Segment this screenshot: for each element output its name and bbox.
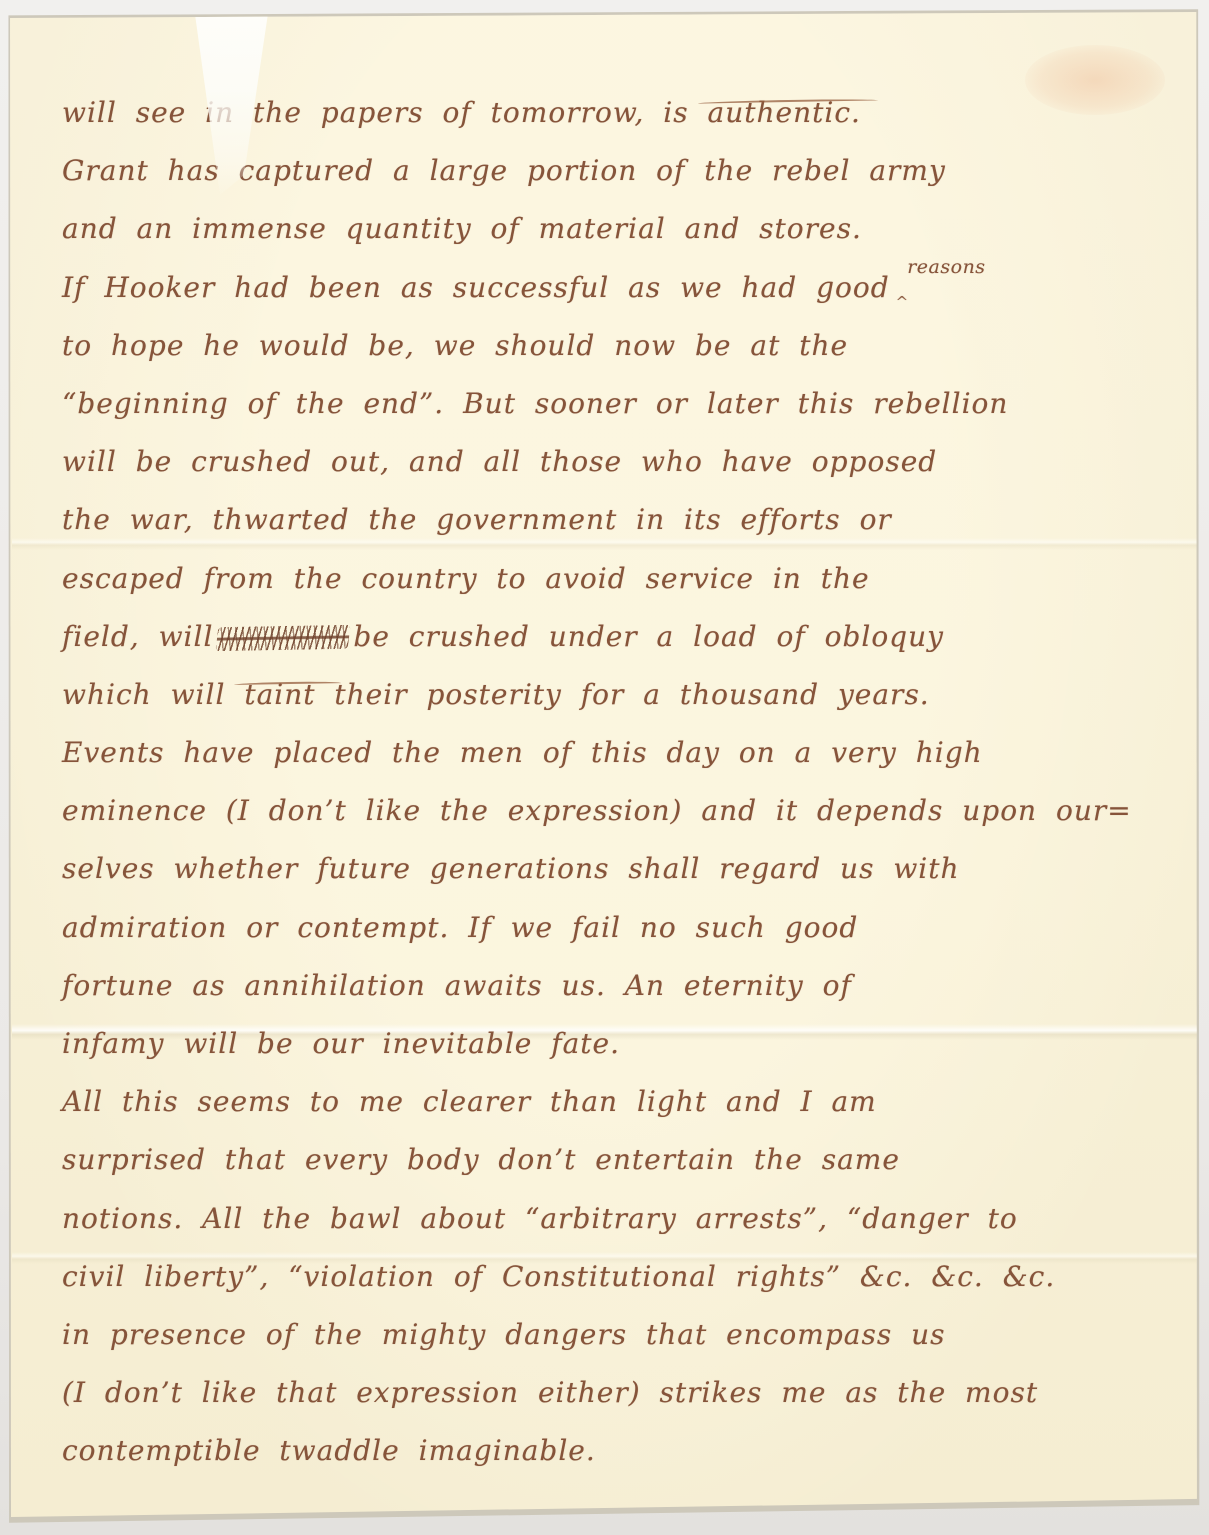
letter-line: and an immense quantity of material and … bbox=[62, 200, 1179, 258]
letter-line: eminence (I don’t like the expression) a… bbox=[62, 782, 1179, 840]
flourished-word: authentic bbox=[708, 96, 852, 129]
handwriting-text: fortune as annihilation awaits us. An et… bbox=[62, 969, 852, 1002]
letter-page: will see in the papers of tomorrow, is a… bbox=[0, 0, 1209, 1535]
letter-lines: will see in the papers of tomorrow, is a… bbox=[62, 84, 1179, 1481]
letter-line: field, willbe crushed under a load of ob… bbox=[62, 608, 1179, 666]
letter-line: in presence of the mighty dangers that e… bbox=[62, 1306, 1179, 1364]
handwriting-text: contemptible twaddle imaginable. bbox=[62, 1434, 596, 1467]
letter-line: All this seems to me clearer than light … bbox=[62, 1073, 1179, 1131]
letter-line: escaped from the country to avoid servic… bbox=[62, 550, 1179, 608]
handwriting-text: If Hooker had been as successful as we h… bbox=[62, 271, 890, 304]
handwriting-text: civil liberty”, “violation of Constituti… bbox=[62, 1260, 1055, 1293]
handwriting-text: “beginning of the end”. But sooner or la… bbox=[62, 387, 1008, 420]
handwriting-text: admiration or contempt. If we fail no su… bbox=[62, 911, 858, 944]
handwriting-text: will be crushed out, and all those who h… bbox=[62, 445, 937, 478]
letter-line: infamy will be our inevitable fate. bbox=[62, 1015, 1179, 1073]
letter-line: admiration or contempt. If we fail no su… bbox=[62, 899, 1179, 957]
letter-line: the war, thwarted the government in its … bbox=[62, 491, 1179, 549]
letter-line: (I don’t like that expression either) st… bbox=[62, 1364, 1179, 1422]
letter-line: notions. All the bawl about “arbitrary a… bbox=[62, 1190, 1179, 1248]
handwriting-text: All this seems to me clearer than light … bbox=[62, 1085, 877, 1118]
handwriting-text: the war, thwarted the government in its … bbox=[62, 503, 892, 536]
handwriting-text: surprised that every body don’t entertai… bbox=[62, 1143, 900, 1176]
handwriting-text: and an immense quantity of material and … bbox=[62, 212, 862, 245]
interlinear-insertion: reasons bbox=[907, 238, 985, 296]
handwriting-text: escaped from the country to avoid servic… bbox=[62, 562, 870, 595]
handwriting-text: to hope he would be, we should now be at… bbox=[62, 329, 848, 362]
letter-line: selves whether future generations shall … bbox=[62, 840, 1179, 898]
handwriting-text: field, will bbox=[62, 620, 213, 653]
handwriting-text: their posterity for a thousand years. bbox=[316, 678, 930, 711]
scratched-out-word bbox=[216, 625, 351, 651]
handwriting-text: (I don’t like that expression either) st… bbox=[62, 1376, 1038, 1409]
letter-line: If Hooker had been as successful as we h… bbox=[62, 259, 1179, 317]
handwriting-text: Grant has captured a large portion of th… bbox=[62, 154, 946, 187]
handwriting-text: Events have placed the men of this day o… bbox=[62, 736, 983, 769]
handwriting-text: eminence (I don’t like the expression) a… bbox=[62, 794, 1132, 827]
letter-line: will be crushed out, and all those who h… bbox=[62, 433, 1179, 491]
letter-line: Events have placed the men of this day o… bbox=[62, 724, 1179, 782]
letter-line: which will taint their posterity for a t… bbox=[62, 666, 1179, 724]
letter-line: civil liberty”, “violation of Constituti… bbox=[62, 1248, 1179, 1306]
handwriting-text: selves whether future generations shall … bbox=[62, 852, 960, 885]
handwriting-text: in presence of the mighty dangers that e… bbox=[62, 1318, 945, 1351]
handwriting-text: infamy will be our inevitable fate. bbox=[62, 1027, 620, 1060]
letter-line: contemptible twaddle imaginable. bbox=[62, 1422, 1179, 1480]
letter-line: surprised that every body don’t entertai… bbox=[62, 1131, 1179, 1189]
letter-line: “beginning of the end”. But sooner or la… bbox=[62, 375, 1179, 433]
letter-line: fortune as annihilation awaits us. An et… bbox=[62, 957, 1179, 1015]
handwriting-text: . bbox=[851, 96, 861, 129]
handwriting-text: will see in the papers of tomorrow, is bbox=[62, 96, 708, 129]
letter-line: to hope he would be, we should now be at… bbox=[62, 317, 1179, 375]
handwriting-text: which will bbox=[62, 678, 244, 711]
handwriting-text: notions. All the bawl about “arbitrary a… bbox=[62, 1202, 1018, 1235]
flourished-word: taint bbox=[244, 678, 315, 711]
handwriting-text: be crushed under a load of obloquy bbox=[353, 620, 944, 653]
